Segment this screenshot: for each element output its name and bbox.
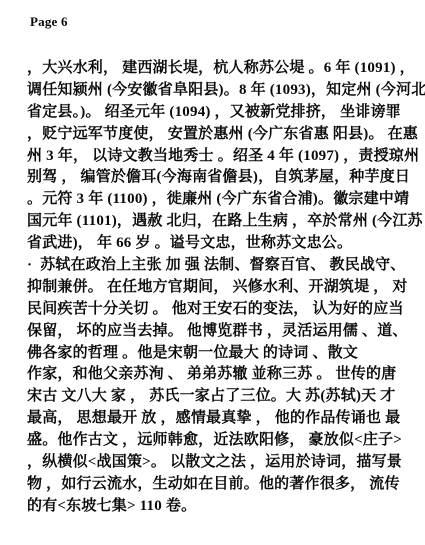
document-body: ，大兴水利， 建西湖长堤，杭人称苏公堤 。6 年 (1091) ，调任知颍州 (… (27, 58, 412, 518)
text-line: 调任知颍州 (今安徽省阜阳县)。8 年 (1093)，知定州 (今河北 (27, 80, 412, 102)
text-line: 的有<东坡七集> 110 卷。 (27, 496, 412, 518)
text-line: 物 ，如行云流水，生动如在目前。他的著作很多， 流传 (27, 474, 412, 496)
text-line: ，贬宁远军节度使， 安置於惠州 (今广东省惠 阳县)。 在惠 (27, 124, 412, 146)
text-line: 民间疾苦十分关切 。 他对王安石的变法， 认为好的应当 (27, 299, 412, 321)
text-line: 。元符 3 年 (1100) ，徙廉州 (今广东省合浦)。徽宗建中靖 (27, 189, 412, 211)
text-line: 盛。他作古文 ，远师韩愈，近法欧阳修， 豪放似<庄子> (27, 430, 412, 452)
text-line: 佛各家的哲理 。他是宋朝一位最大 的诗词 、散文 (27, 343, 412, 365)
text-line: ，纵横似<战国策>。 以散文之法 ，运用於诗词，描写景 (27, 452, 412, 474)
text-line: 宋古 文八大 家 ， 苏氏一家占了三位。大 苏(苏轼)天 才 (27, 386, 412, 408)
text-line: 作家，和他父亲苏洵 、 弟弟苏辙 並称三苏 。 世传的唐 (27, 364, 412, 386)
text-line: 保留， 坏的应当去掉。 他博览群书 ，灵活运用儒 、道、 (27, 321, 412, 343)
text-line: 抑制兼併。 在任地方官期间， 兴修水利、开湖筑堤 ， 对 (27, 277, 412, 299)
text-line: 别驾 ， 编管於儋耳(今海南省儋县)，自筑茅屋，种芋度日 (27, 167, 412, 189)
text-line: 最高， 思想最开 放 ，感情最真挚 ， 他的作品传诵也 最 (27, 408, 412, 430)
page-number-header: Page 6 (30, 14, 68, 30)
text-line: · 苏轼在政治上主张 加 强 法制、督察百官、 教民战守、 (27, 255, 412, 277)
text-line: ，大兴水利， 建西湖长堤，杭人称苏公堤 。6 年 (1091) ， (27, 58, 412, 80)
text-line: 州 3 年， 以诗文教当地秀士 。绍圣 4 年 (1097) ，责授琼州 (27, 146, 412, 168)
document-page: Page 6 ，大兴水利， 建西湖长堤，杭人称苏公堤 。6 年 (1091) ，… (0, 0, 425, 545)
text-line: 省武进)， 年 66 岁 。谥号文忠，世称苏文忠公。 (27, 233, 412, 255)
text-line: 省定县。)。 绍圣元年 (1094) ，又被新党排挤， 坐诽谤罪 (27, 102, 412, 124)
text-line: 国元年 (1101)，遇赦 北归，在路上生病 ，卒於常州 (今江苏 (27, 211, 412, 233)
